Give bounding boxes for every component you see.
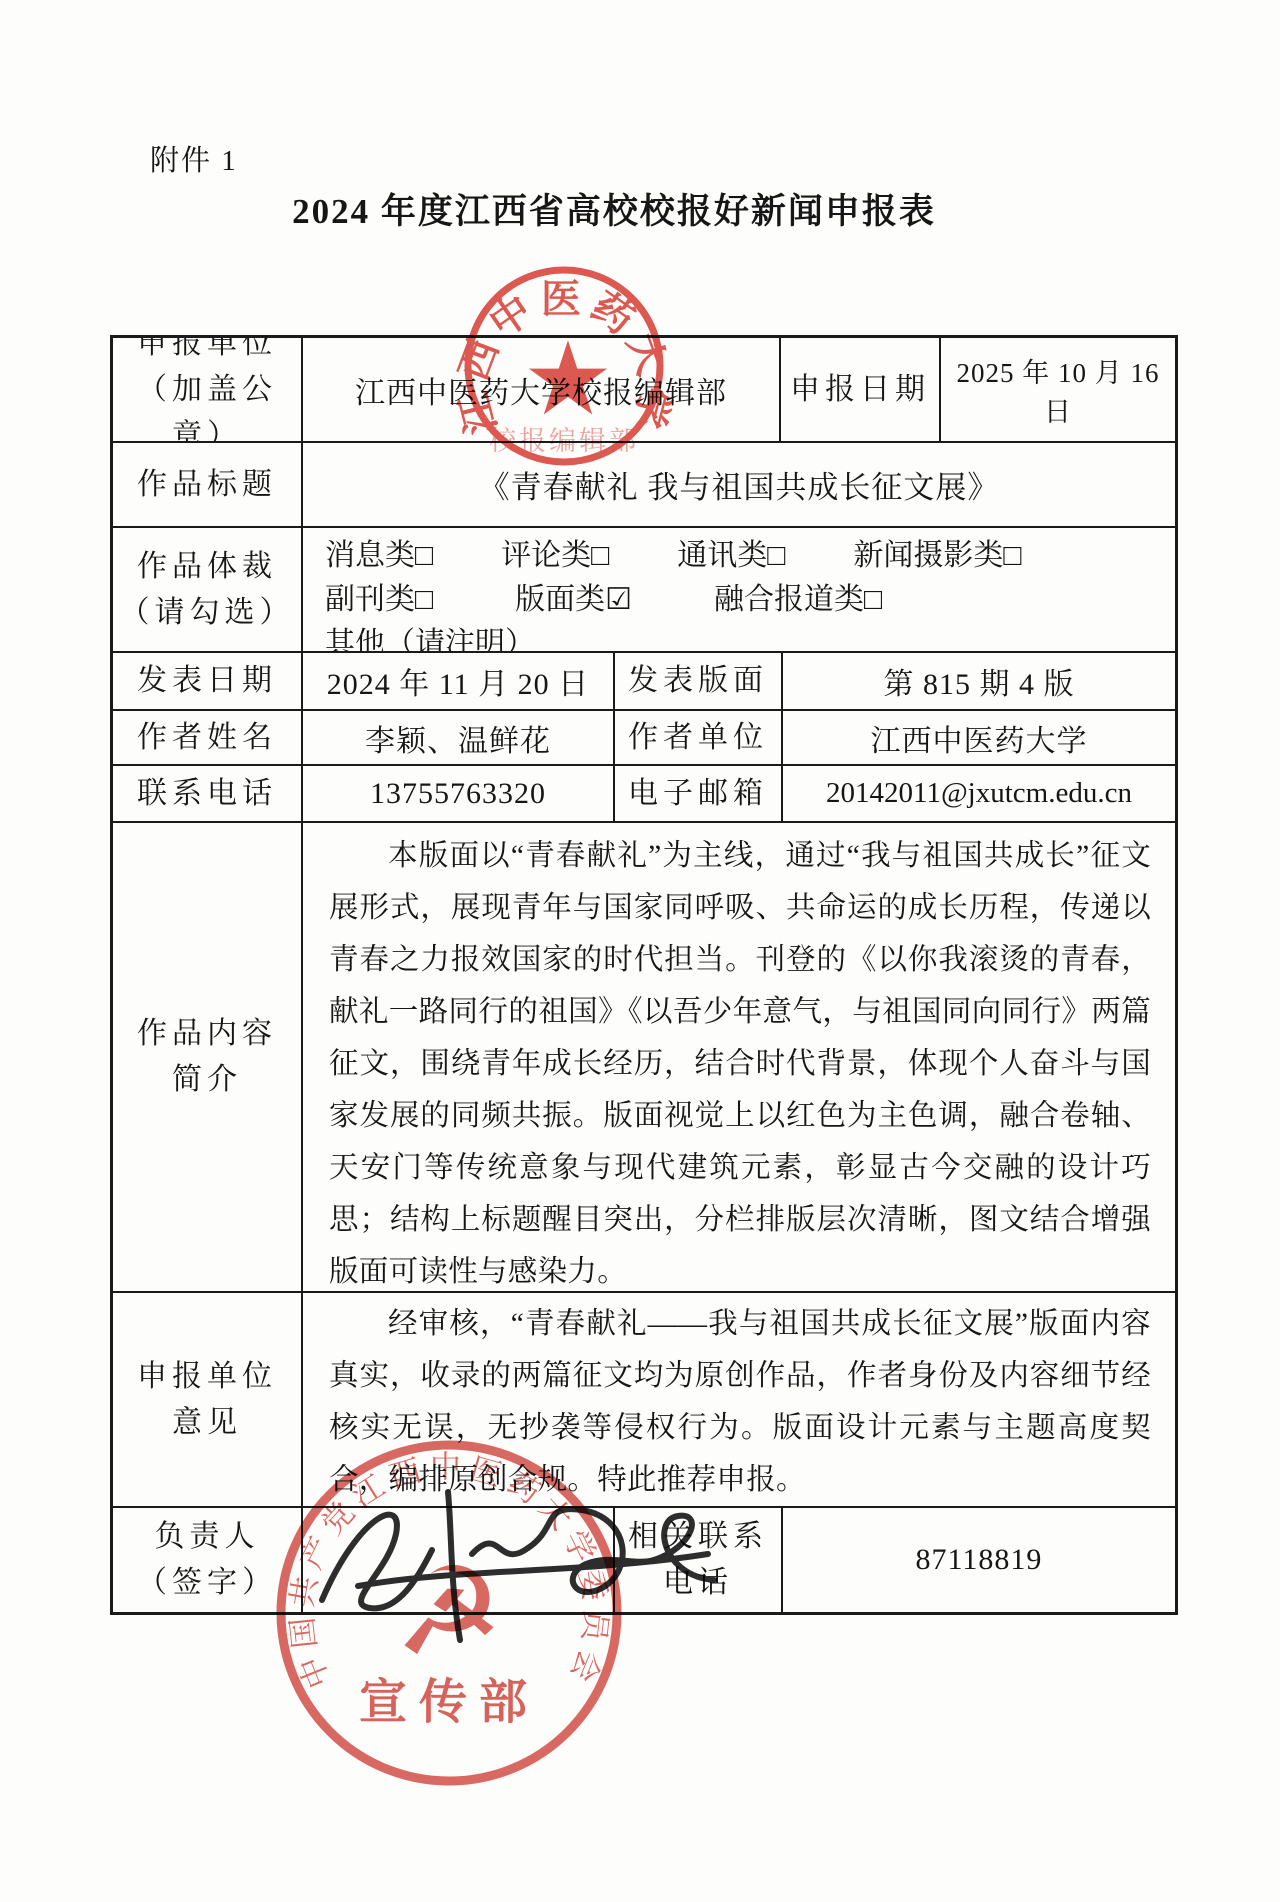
row-summary: 作品内容 简介 本版面以“青春献礼”为主线，通过“我与祖国共成长”征文展形式，展…	[113, 823, 1175, 1293]
row-genre: 作品体裁 （请勾选） 消息类□ 评论类□ 通讯类□ 新闻摄影类□ 副刊类□ 版面…	[113, 528, 1175, 653]
phone-label: 联系电话	[113, 766, 303, 821]
declare-unit-value: 江西中医药大学校报编辑部	[303, 338, 781, 441]
email-value: 20142011@jxutcm.edu.cn	[783, 766, 1175, 821]
publish-date-value: 2024 年 11 月 20 日	[303, 653, 615, 709]
genre-other-line: 其他（请注明）	[325, 618, 991, 651]
summary-text: 本版面以“青春献礼”为主线，通过“我与祖国共成长”征文展形式，展现青年与国家同呼…	[303, 823, 1175, 1291]
page-title: 2024 年度江西省高校校报好新闻申报表	[80, 184, 1148, 234]
publish-page-value: 第 815 期 4 版	[783, 653, 1175, 709]
opinion-text: 经审核，“青春献礼——我与祖国共成长征文展”版面内容真实，收录的两篇征文均为原创…	[303, 1293, 1175, 1506]
seal-bottom-text: 宣传部	[359, 1676, 539, 1729]
row-responsible: 负责人 （签字） 相关联系 电话 87118819	[113, 1508, 1175, 1612]
author-name-value: 李颖、温鲜花	[303, 711, 615, 764]
genre-option-supplement: 副刊类□	[325, 574, 433, 618]
author-unit-value: 江西中医药大学	[783, 711, 1175, 764]
row-opinion: 申报单位 意见 经审核，“青春献礼——我与祖国共成长征文展”版面内容真实，收录的…	[113, 1293, 1175, 1508]
author-unit-label: 作者单位	[615, 711, 783, 764]
contact-phone-value: 87118819	[783, 1508, 1175, 1612]
genre-option-integrated: 融合报道类□	[714, 574, 882, 618]
genre-option-photo: 新闻摄影类□	[853, 530, 1021, 574]
row-publish-date: 发表日期 2024 年 11 月 20 日 发表版面 第 815 期 4 版	[113, 653, 1175, 711]
row-contact: 联系电话 13755763320 电子邮箱 20142011@jxutcm.ed…	[113, 766, 1175, 823]
genre-options-cell: 消息类□ 评论类□ 通讯类□ 新闻摄影类□ 副刊类□ 版面类☑ 融合报道类□ 其…	[303, 528, 1175, 651]
row-declare-unit: 申报单位 （加盖公章） 江西中医药大学校报编辑部 申报日期 2025 年 10 …	[113, 338, 1175, 443]
declare-date-value: 2025 年 10 月 16 日	[941, 338, 1175, 441]
work-title-label: 作品标题	[113, 443, 303, 526]
responsible-signature-cell	[303, 1508, 615, 1612]
row-author: 作者姓名 李颖、温鲜花 作者单位 江西中医药大学	[113, 711, 1175, 766]
genre-option-layout-checked: 版面类☑	[515, 574, 632, 618]
work-title-value: 《青春献礼 我与祖国共成长征文展》	[303, 443, 1175, 526]
opinion-label: 申报单位 意见	[113, 1293, 303, 1506]
application-form-table: 申报单位 （加盖公章） 江西中医药大学校报编辑部 申报日期 2025 年 10 …	[110, 335, 1178, 1615]
genre-option-comment: 评论类□	[501, 530, 609, 574]
declare-date-label: 申报日期	[781, 338, 941, 441]
phone-value: 13755763320	[303, 766, 615, 821]
genre-option-report: 通讯类□	[677, 530, 785, 574]
summary-cell: 本版面以“青春献礼”为主线，通过“我与祖国共成长”征文展形式，展现青年与国家同呼…	[303, 823, 1175, 1291]
scanned-application-form-page: 附件 1 2024 年度江西省高校校报好新闻申报表 申报单位 （加盖公章） 江西…	[0, 0, 1280, 1902]
genre-other-blank-line	[561, 633, 991, 651]
attachment-label: 附件 1	[150, 138, 238, 179]
genre-other-label: 其他（请注明）	[325, 618, 535, 651]
genre-line-1: 消息类□ 评论类□ 通讯类□ 新闻摄影类□	[325, 530, 1022, 574]
genre-label: 作品体裁 （请勾选）	[113, 528, 303, 651]
row-work-title: 作品标题 《青春献礼 我与祖国共成长征文展》	[113, 443, 1175, 528]
publish-date-label: 发表日期	[113, 653, 303, 709]
summary-label: 作品内容 简介	[113, 823, 303, 1291]
contact-phone-label: 相关联系 电话	[615, 1508, 783, 1612]
publish-page-label: 发表版面	[615, 653, 783, 709]
declare-unit-label: 申报单位 （加盖公章）	[113, 338, 303, 441]
email-label: 电子邮箱	[615, 766, 783, 821]
opinion-cell: 经审核，“青春献礼——我与祖国共成长征文展”版面内容真实，收录的两篇征文均为原创…	[303, 1293, 1175, 1506]
author-name-label: 作者姓名	[113, 711, 303, 764]
genre-line-2: 副刊类□ 版面类☑ 融合报道类□	[325, 574, 882, 618]
genre-option-news: 消息类□	[325, 530, 433, 574]
responsible-label: 负责人 （签字）	[113, 1508, 303, 1612]
